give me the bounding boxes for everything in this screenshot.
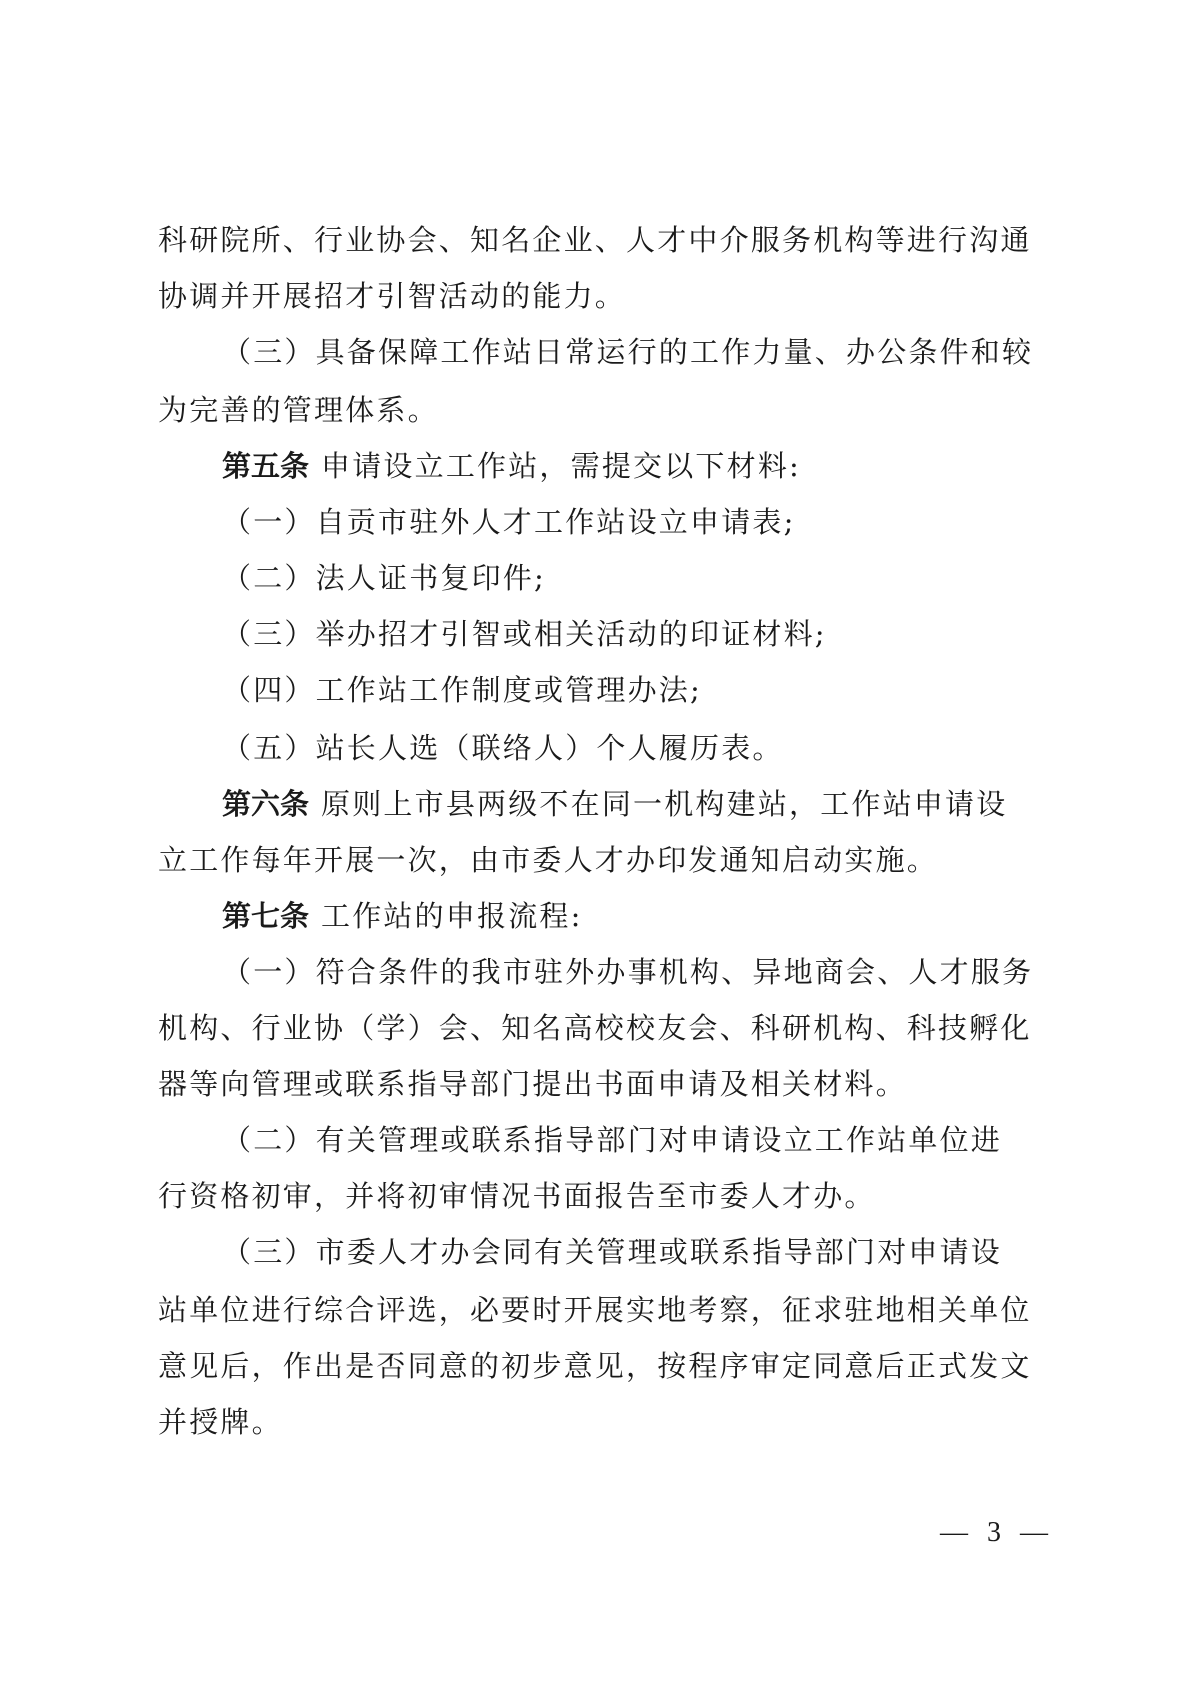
- list-item: （一）符合条件的我市驻外办事机构、异地商会、人才服务: [222, 952, 1102, 992]
- article-7: 第七条工作站的申报流程:: [222, 896, 1102, 936]
- article-5: 第五条申请设立工作站，需提交以下材料:: [222, 446, 1102, 486]
- list-item: （四）工作站工作制度或管理办法;: [222, 670, 1102, 710]
- list-item: （二）有关管理或联系指导部门对申请设立工作站单位进: [222, 1120, 1102, 1160]
- paragraph-line: 科研院所、行业协会、知名企业、人才中介服务机构等进行沟通: [158, 220, 1038, 260]
- document-page: 科研院所、行业协会、知名企业、人才中介服务机构等进行沟通 协调并开展招才引智活动…: [0, 0, 1191, 1684]
- article-text: 工作站的申报流程:: [321, 899, 583, 933]
- list-item: （二）法人证书复印件;: [222, 558, 1102, 598]
- article-heading: 第七条: [222, 899, 309, 933]
- paragraph-line: 器等向管理或联系指导部门提出书面申请及相关材料。: [158, 1064, 1038, 1104]
- paragraph-line: 并授牌。: [158, 1402, 1038, 1442]
- list-item: （三）举办招才引智或相关活动的印证材料;: [222, 614, 1102, 654]
- paragraph-line: 行资格初审，并将初审情况书面报告至市委人才办。: [158, 1176, 1038, 1216]
- list-item: （五）站长人选（联络人）个人履历表。: [222, 728, 1102, 768]
- paragraph-line: 机构、行业协（学）会、知名高校校友会、科研机构、科技孵化: [158, 1008, 1038, 1048]
- list-item: （一）自贡市驻外人才工作站设立申请表;: [222, 502, 1102, 542]
- paragraph-line: 意见后，作出是否同意的初步意见，按程序审定同意后正式发文: [158, 1346, 1038, 1386]
- article-6: 第六条原则上市县两级不在同一机构建站，工作站申请设: [222, 784, 1102, 824]
- page-number: — 3 —: [940, 1515, 1054, 1551]
- paragraph-line: 为完善的管理体系。: [158, 390, 1038, 430]
- paragraph-line: （三）具备保障工作站日常运行的工作力量、办公条件和较: [222, 332, 1102, 372]
- paragraph-line: 协调并开展招才引智活动的能力。: [158, 276, 1038, 316]
- article-text: 申请设立工作站，需提交以下材料:: [321, 449, 801, 483]
- article-heading: 第六条: [222, 787, 309, 821]
- list-item: （三）市委人才办会同有关管理或联系指导部门对申请设: [222, 1232, 1102, 1272]
- article-heading: 第五条: [222, 449, 309, 483]
- paragraph-line: 站单位进行综合评选，必要时开展实地考察，征求驻地相关单位: [158, 1290, 1038, 1330]
- article-text: 原则上市县两级不在同一机构建站，工作站申请设: [321, 787, 1007, 821]
- paragraph-line: 立工作每年开展一次，由市委人才办印发通知启动实施。: [158, 840, 1038, 880]
